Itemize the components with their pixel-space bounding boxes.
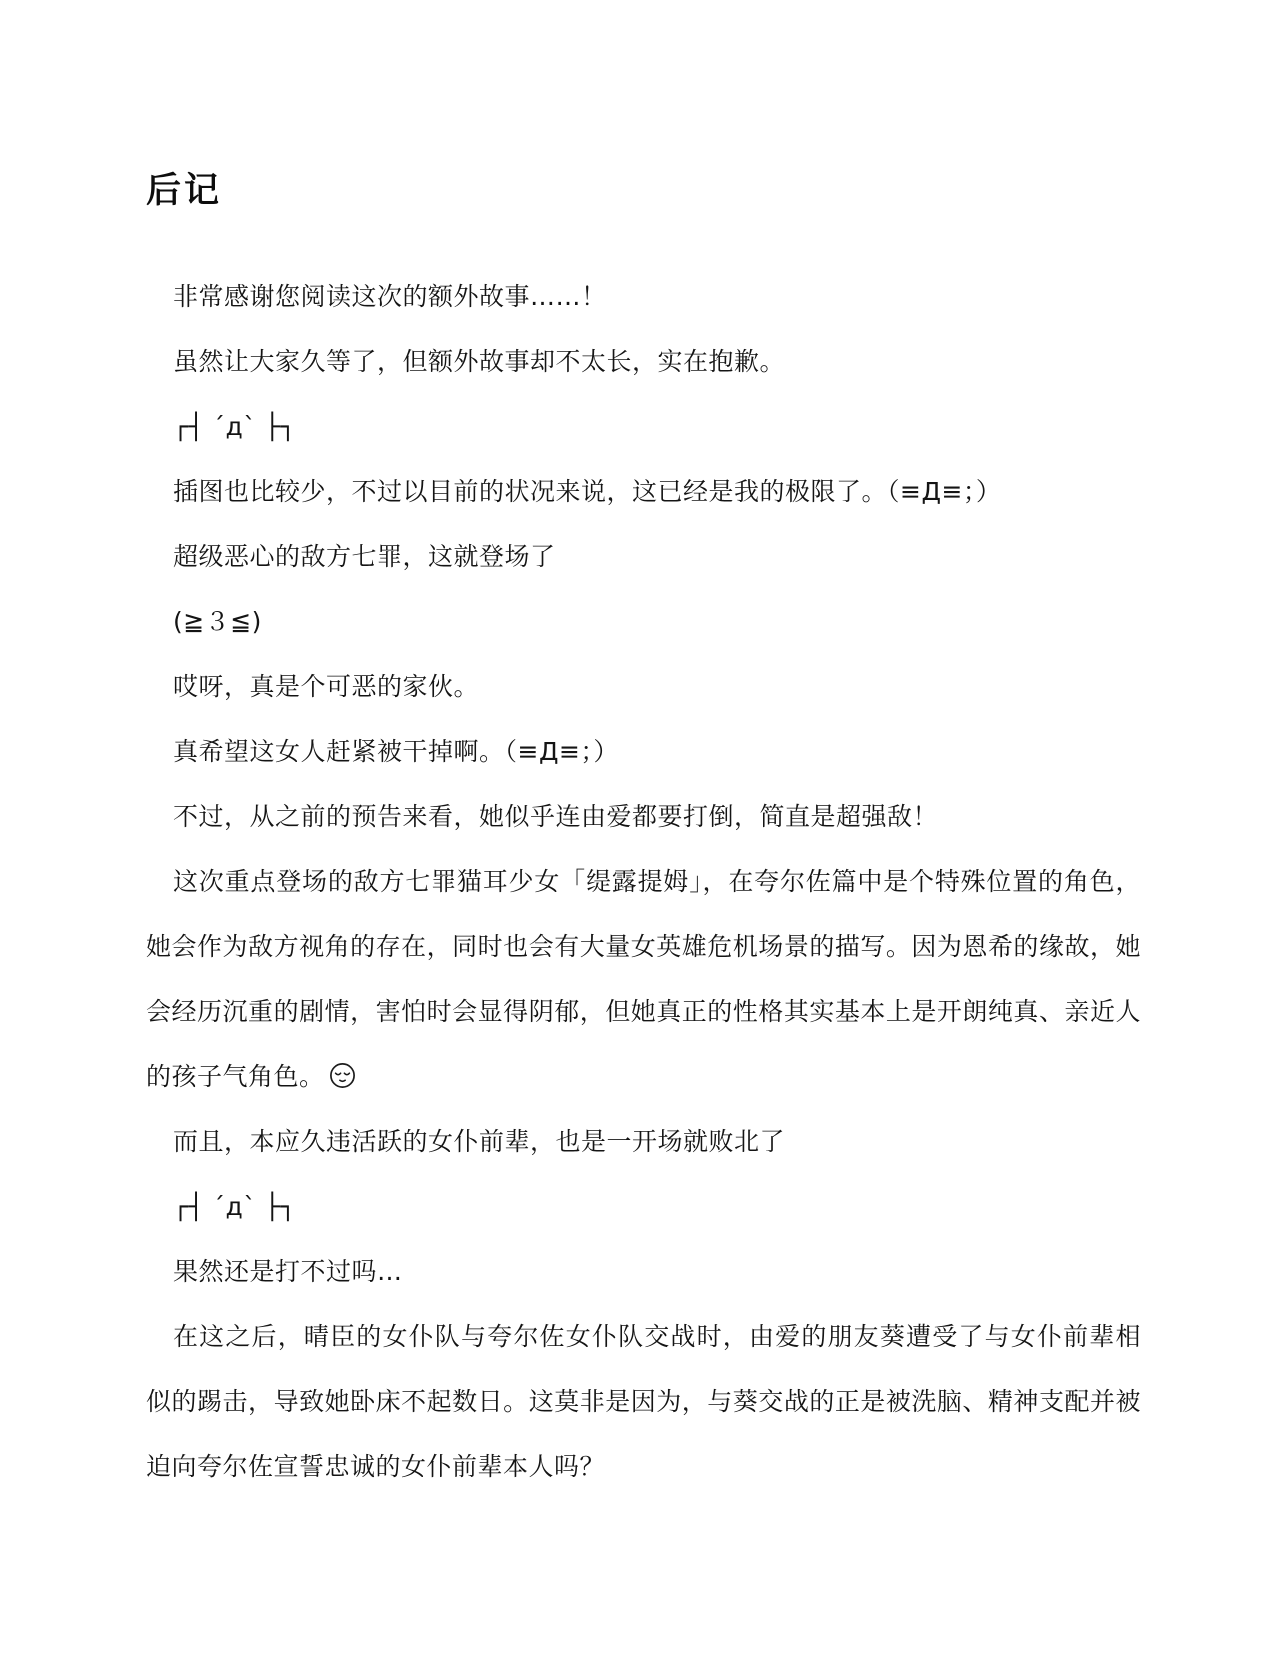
paragraph-cant-win: 果然还是打不过吗…	[146, 1239, 1141, 1304]
kaomoji-shrug-2: ┌┤ ´д` ├┐	[146, 1174, 1141, 1239]
afterword-page: 后记 非常感谢您阅读这次的额外故事……！ 虽然让大家久等了，但额外故事却不太长，…	[0, 0, 1280, 1656]
paragraph-aoi-battle: 在这之后，晴臣的女仆队与夸尔佐女仆队交战时，由爱的朋友葵遭受了与女仆前辈相似的踢…	[146, 1304, 1141, 1499]
paragraph-illustrations: 插图也比较少，不过以目前的状况来说，这已经是我的极限了。（≡Д≡；）	[146, 459, 1141, 524]
paragraph-super-strong-enemy: 不过，从之前的预告来看，她似乎连由爱都要打倒，简直是超强敌！	[146, 784, 1141, 849]
paragraph-tirutim-text: 这次重点登场的敌方七罪猫耳少女「缇露提姆」，在夸尔佐篇中是个特殊位置的角色，她会…	[146, 867, 1141, 1091]
paragraph-villain-appears: 超级恶心的敌方七罪，这就登场了	[146, 524, 1141, 589]
paragraph-hateful-fellow: 哎呀，真是个可恶的家伙。	[146, 654, 1141, 719]
relieved-face-emoji	[329, 1062, 356, 1089]
kaomoji-shrug-1: ┌┤ ´д` ├┐	[146, 394, 1141, 459]
afterword-body: 非常感谢您阅读这次的额外故事……！ 虽然让大家久等了，但额外故事却不太长，实在抱…	[146, 264, 1141, 1499]
paragraph-tirutim-introduction: 这次重点登场的敌方七罪猫耳少女「缇露提姆」，在夸尔佐篇中是个特殊位置的角色，她会…	[146, 849, 1141, 1109]
paragraph-wish-defeated: 真希望这女人赶紧被干掉啊。（≡Д≡；）	[146, 719, 1141, 784]
kaomoji-cat-face: (≧３≦)	[146, 589, 1141, 654]
paragraph-maid-senpai-defeated: 而且，本应久违活跃的女仆前辈，也是一开场就败北了	[146, 1109, 1141, 1174]
paragraph-thanks: 非常感谢您阅读这次的额外故事……！	[146, 264, 1141, 329]
paragraph-apology: 虽然让大家久等了，但额外故事却不太长，实在抱歉。	[146, 329, 1141, 394]
page-title: 后记	[146, 168, 1141, 214]
